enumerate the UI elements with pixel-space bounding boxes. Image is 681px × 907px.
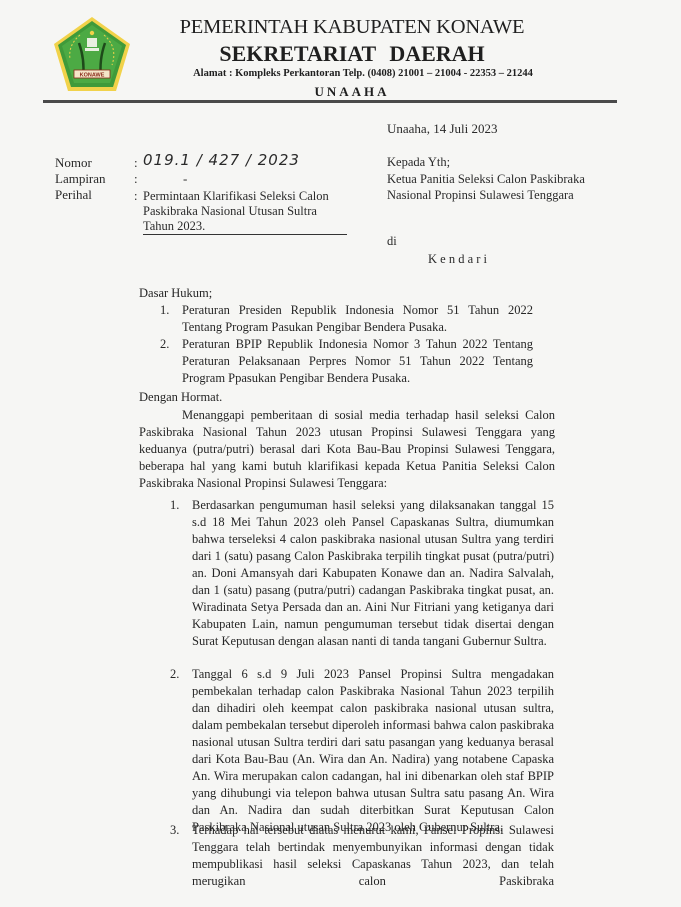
nomor-value: 019.1 / 427 / 2023: [143, 151, 300, 169]
lampiran-colon: :: [134, 171, 138, 187]
lampiran-value: -: [183, 171, 187, 187]
recipient-greeting: Kepada Yth;: [387, 155, 450, 170]
regency-logo: KONAWE: [52, 15, 132, 93]
letterhead-office: SEKRETARIAT DAERAH: [162, 41, 542, 67]
recipient-line1: Ketua Panitia Seleksi Calon Paskibraka: [387, 172, 585, 187]
nomor-label: Nomor: [55, 155, 135, 171]
recipient-place: K e n d a r i: [428, 252, 487, 267]
point-1: 1. Berdasarkan pengumuman hasil seleksi …: [170, 497, 554, 650]
recipient-di: di: [387, 234, 397, 249]
perihal-underline: [143, 234, 347, 235]
dasar-hukum-item-2: 2. Peraturan BPIP Republik Indonesia Nom…: [160, 336, 533, 387]
letter-date: Unaaha, 14 Juli 2023: [387, 121, 497, 137]
item-number: 1.: [170, 497, 179, 514]
item-number: 1.: [160, 302, 169, 319]
perihal-block: : Permintaan Klarifikasi Seleksi Calon P…: [134, 189, 349, 234]
nomor-colon: :: [134, 155, 138, 171]
svg-text:KONAWE: KONAWE: [80, 73, 105, 79]
lampiran-label: Lampiran: [55, 171, 135, 187]
point-2: 2. Tanggal 6 s.d 9 Juli 2023 Pansel Prop…: [170, 666, 554, 836]
intro-paragraph: Menanggapi pemberitaan di sosial media t…: [139, 407, 555, 492]
perihal-label: Perihal: [55, 187, 135, 203]
perihal-colon: :: [134, 189, 137, 204]
salutation: Dengan Hormat.: [139, 389, 222, 406]
letterhead-rule: [43, 100, 617, 103]
perihal-value: Permintaan Klarifikasi Seleksi Calon Pas…: [134, 189, 349, 234]
item-number: 2.: [160, 336, 169, 353]
point-3: 3. Terhadap hal tersebut diatas menurut …: [170, 822, 554, 890]
dasar-hukum-title: Dasar Hukum;: [139, 285, 212, 302]
recipient-line2: Nasional Propinsi Sulawesi Tenggara: [387, 188, 574, 203]
item-text: Peraturan Presiden Republik Indonesia No…: [182, 303, 533, 334]
dasar-hukum-item-1: 1. Peraturan Presiden Republik Indonesia…: [160, 302, 533, 336]
letterhead-city: UNAAHA: [162, 84, 542, 100]
item-number: 3.: [170, 822, 179, 839]
item-text: Berdasarkan pengumuman hasil seleksi yan…: [192, 498, 554, 648]
letterhead-address: Alamat : Kompleks Perkantoran Telp. (040…: [148, 68, 578, 79]
item-text: Terhadap hal tersebut diatas menurut kam…: [192, 823, 554, 888]
item-text: Tanggal 6 s.d 9 Juli 2023 Pansel Propins…: [192, 667, 554, 834]
letterhead-government: PEMERINTAH KABUPATEN KONAWE: [162, 16, 542, 39]
item-number: 2.: [170, 666, 179, 683]
item-text: Peraturan BPIP Republik Indonesia Nomor …: [182, 337, 533, 385]
